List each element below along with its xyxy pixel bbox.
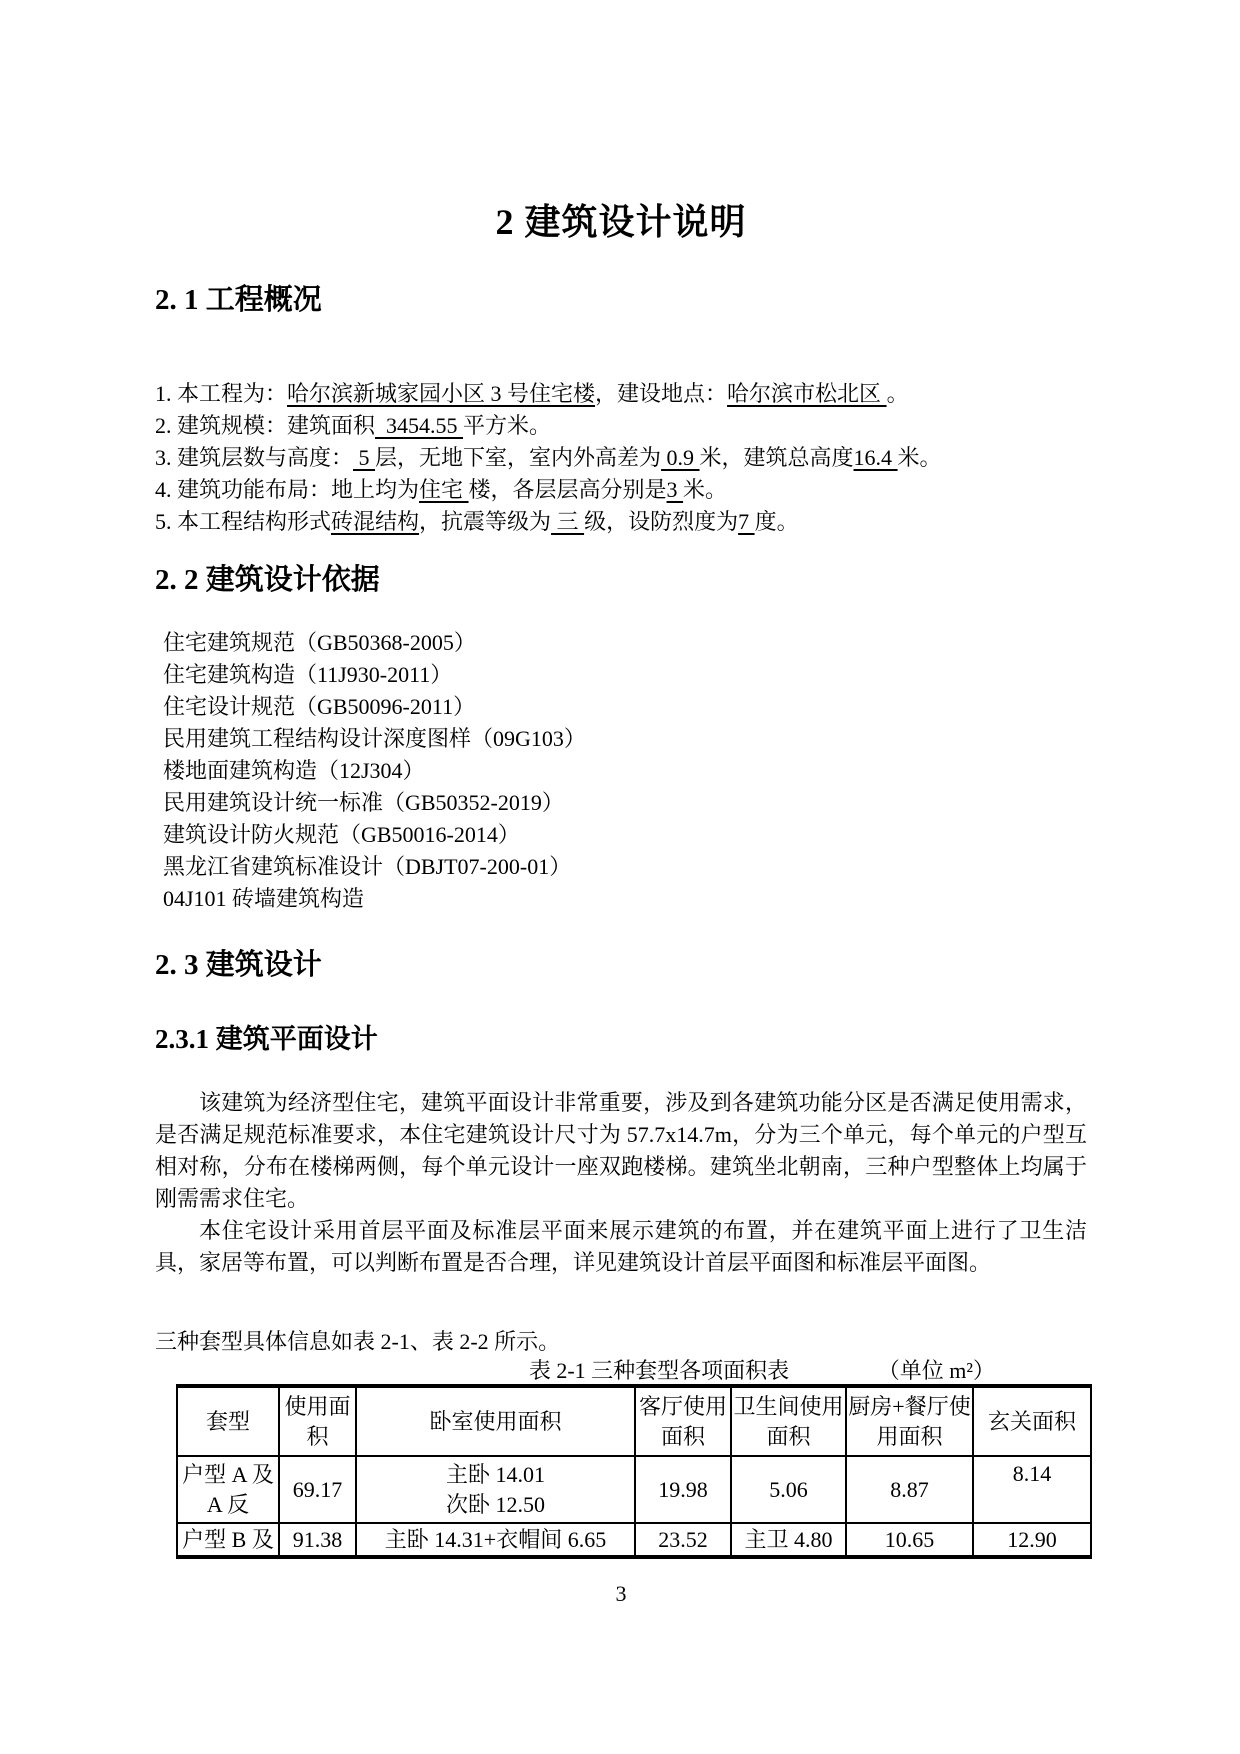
table-header-row: 套型 使用面 积 卧室使用面积 客厅使用 面积 卫生间使用 面积 厨房+餐厅使 … — [177, 1386, 1091, 1456]
list-item: 3. 建筑层数与高度： 5 层，无地下室，室内外高差为 0.9 米，建筑总高度1… — [155, 442, 1087, 474]
standard-item: 住宅建筑构造（11J930-2011） — [163, 659, 1087, 691]
text-segment: 米，建筑总高度 — [700, 445, 854, 470]
text-segment: 楼，各层层高分别是 — [469, 477, 667, 502]
table-row: 户型 B 及 91.38 主卧 14.31+衣帽间 6.65 23.52 主卫 … — [177, 1523, 1091, 1557]
table-cell: 12.90 — [973, 1523, 1091, 1557]
text-segment: ，建设地点： — [595, 381, 727, 406]
table-cell: 户型 B 及 — [177, 1523, 279, 1557]
text-segment: 层，无地下室，室内外高差为 — [375, 445, 661, 470]
table-intro-text: 三种套型具体信息如表 2-1、表 2-2 所示。 — [155, 1326, 1087, 1358]
table-header-cell: 套型 — [177, 1386, 279, 1456]
table-cell: 10.65 — [846, 1523, 973, 1557]
underlined-text: 3 — [667, 477, 684, 502]
table-cell: 5.06 — [731, 1456, 846, 1523]
underlined-text: 5 — [353, 445, 375, 470]
heading-2-3: 2. 3 建筑设计 — [155, 947, 1087, 983]
standard-item: 楼地面建筑构造（12J304） — [163, 755, 1087, 787]
text-segment: 度。 — [755, 509, 799, 534]
table-header-cell: 使用面 积 — [279, 1386, 356, 1456]
table-caption-unit: （单位 m²） — [878, 1358, 995, 1384]
text-segment: 1. 本工程为： — [155, 381, 287, 406]
table-cell: 23.52 — [635, 1523, 731, 1557]
table-header-cell: 玄关面积 — [973, 1386, 1091, 1456]
text-segment: 3. 建筑层数与高度： — [155, 445, 353, 470]
standard-item: 民用建筑工程结构设计深度图样（09G103） — [163, 723, 1087, 755]
table-cell: 69.17 — [279, 1456, 356, 1523]
area-table: 套型 使用面 积 卧室使用面积 客厅使用 面积 卫生间使用 面积 厨房+餐厅使 … — [176, 1384, 1092, 1559]
standard-item: 住宅设计规范（GB50096-2011） — [163, 691, 1087, 723]
document-page: 2 建筑设计说明 2. 1 工程概况 1. 本工程为：哈尔滨新城家园小区 3 号… — [0, 0, 1240, 1754]
underlined-text: 3454.55 — [375, 413, 463, 438]
design-basis-list: 住宅建筑规范（GB50368-2005） 住宅建筑构造（11J930-2011）… — [155, 627, 1087, 915]
underlined-text: 16.4 — [854, 445, 898, 470]
list-item: 2. 建筑规模：建筑面积 3454.55 平方米。 — [155, 410, 1087, 442]
table-cell: 8.87 — [846, 1456, 973, 1523]
list-item: 4. 建筑功能布局：地上均为住宅 楼，各层层高分别是3 米。 — [155, 474, 1087, 506]
heading-2-3-1: 2.3.1 建筑平面设计 — [155, 1022, 1087, 1056]
table-caption-text: 表 2-1 三种套型各项面积表 — [529, 1358, 789, 1383]
standard-item: 建筑设计防火规范（GB50016-2014） — [163, 819, 1087, 851]
list-item: 5. 本工程结构形式砖混结构，抗震等级为 三 级，设防烈度为7 度。 — [155, 506, 1087, 538]
underlined-text: 哈尔滨市松北区 — [727, 381, 887, 406]
table-row: 户型 A 及 A 反 69.17 主卧 14.01 次卧 12.50 19.98… — [177, 1456, 1091, 1523]
table-header-cell: 卧室使用面积 — [356, 1386, 635, 1456]
text-segment: 级，设防烈度为 — [584, 509, 738, 534]
standard-item: 黑龙江省建筑标准设计（DBJT07-200-01） — [163, 851, 1087, 883]
paragraph-plane-design-1: 该建筑为经济型住宅，建筑平面设计非常重要，涉及到各建筑功能分区是否满足使用需求，… — [155, 1087, 1087, 1215]
list-item: 1. 本工程为：哈尔滨新城家园小区 3 号住宅楼，建设地点：哈尔滨市松北区 。 — [155, 378, 1087, 410]
table-header-cell: 卫生间使用 面积 — [731, 1386, 846, 1456]
text-segment: 。 — [887, 381, 909, 406]
text-segment: 4. 建筑功能布局：地上均为 — [155, 477, 419, 502]
paragraph-plane-design-2: 本住宅设计采用首层平面及标准层平面来展示建筑的布置，并在建筑平面上进行了卫生洁具… — [155, 1215, 1087, 1279]
table-cell: 主卧 14.01 次卧 12.50 — [356, 1456, 635, 1523]
underlined-text: 三 — [551, 509, 584, 534]
table-cell: 8.14 — [973, 1456, 1091, 1523]
text-segment: 米。 — [898, 445, 942, 470]
standard-item: 住宅建筑规范（GB50368-2005） — [163, 627, 1087, 659]
table-caption: 表 2-1 三种套型各项面积表 （单位 m²） — [155, 1358, 1087, 1384]
underlined-text: 砖混结构 — [331, 509, 419, 534]
standard-item: 04J101 砖墙建筑构造 — [163, 883, 1087, 915]
text-segment: 米。 — [683, 477, 727, 502]
table-cell: 户型 A 及 A 反 — [177, 1456, 279, 1523]
heading-2-1: 2. 1 工程概况 — [155, 282, 1087, 318]
underlined-text: 0.9 — [661, 445, 700, 470]
heading-2-2: 2. 2 建筑设计依据 — [155, 562, 1087, 598]
table-header-cell: 厨房+餐厅使 用面积 — [846, 1386, 973, 1456]
underlined-text: 哈尔滨新城家园小区 3 号住宅楼 — [287, 381, 595, 406]
standard-item: 民用建筑设计统一标准（GB50352-2019） — [163, 787, 1087, 819]
table-cell: 91.38 — [279, 1523, 356, 1557]
text-segment: 5. 本工程结构形式 — [155, 509, 331, 534]
underlined-text: 住宅 — [419, 477, 469, 502]
table-header-cell: 客厅使用 面积 — [635, 1386, 731, 1456]
text-segment: 2. 建筑规模：建筑面积 — [155, 413, 375, 438]
text-segment: 平方米。 — [463, 413, 551, 438]
document-title: 2 建筑设计说明 — [155, 200, 1087, 244]
table-cell: 主卧 14.31+衣帽间 6.65 — [356, 1523, 635, 1557]
text-segment: ，抗震等级为 — [419, 509, 551, 534]
table-cell: 主卫 4.80 — [731, 1523, 846, 1557]
project-overview-list: 1. 本工程为：哈尔滨新城家园小区 3 号住宅楼，建设地点：哈尔滨市松北区 。 … — [155, 378, 1087, 538]
table-cell: 19.98 — [635, 1456, 731, 1523]
page-number: 3 — [155, 1580, 1087, 1608]
underlined-text: 7 — [738, 509, 755, 534]
